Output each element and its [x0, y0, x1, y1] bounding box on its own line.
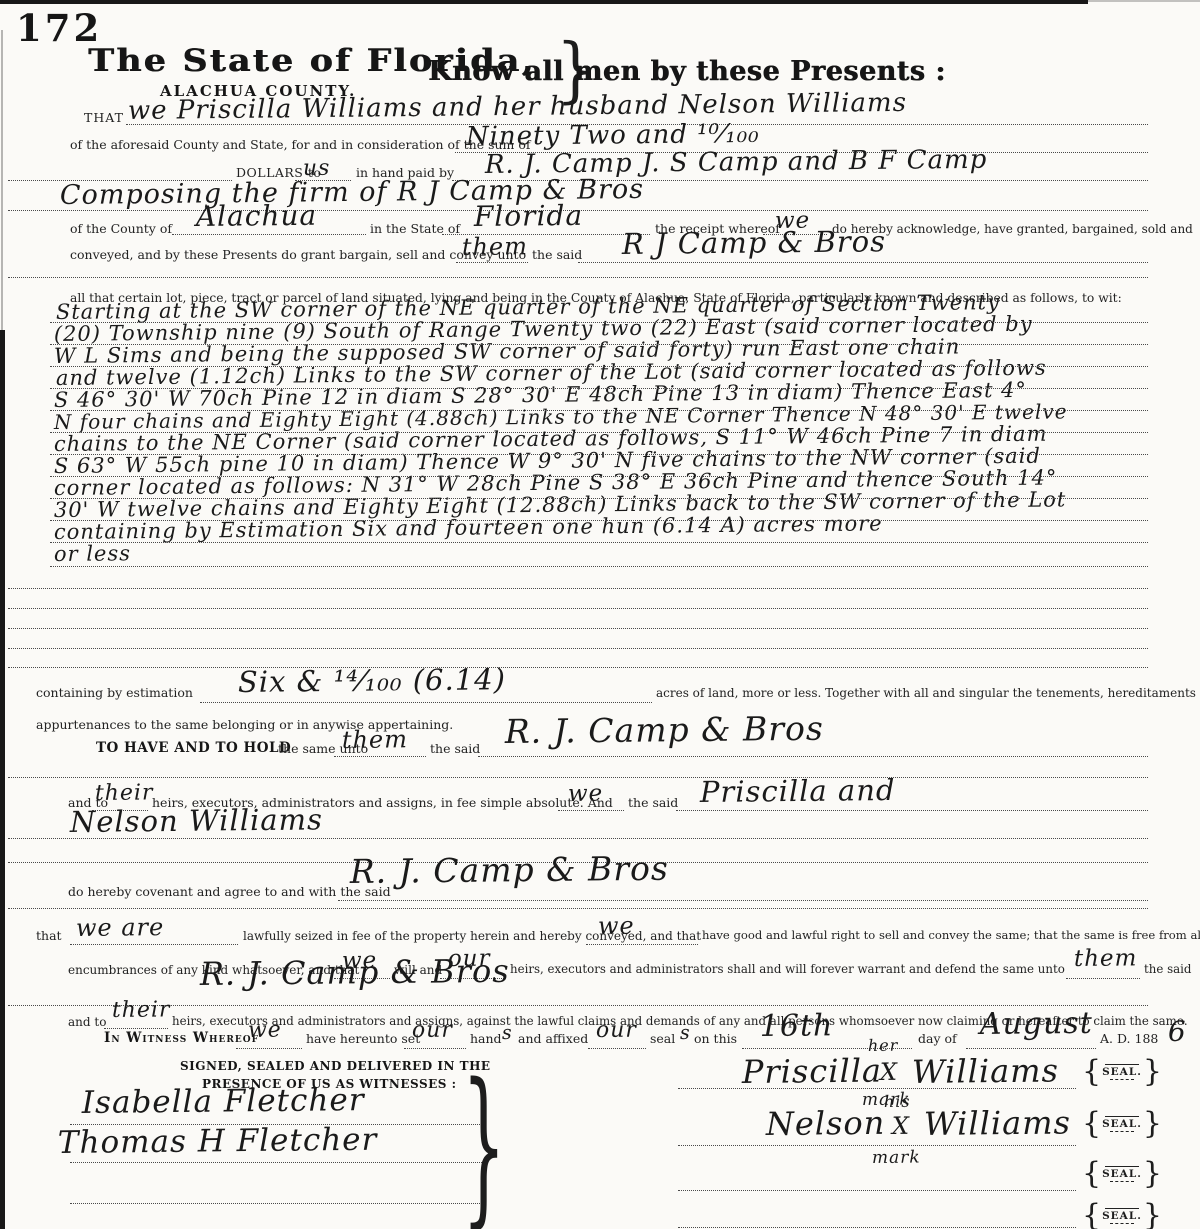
signature-mark-word-2: mark [872, 1149, 921, 1167]
dotted-line [50, 366, 1148, 367]
witness-signature-2: Thomas H Fletcher [58, 1125, 378, 1159]
dotted-line [8, 588, 1148, 589]
state-handwriting: Florida [474, 202, 583, 231]
containing-label: containing by estimation [36, 687, 193, 700]
dotted-line [966, 1048, 1096, 1049]
warrant-clause: heirs, executors and administrators shal… [510, 964, 1065, 976]
dotted-line [578, 262, 1148, 263]
dotted-line [404, 1048, 466, 1049]
seal-label: SEAL. [1102, 1118, 1142, 1130]
conveyed-clause: conveyed, and by these Presents do grant… [70, 249, 526, 262]
their-handwriting: their [95, 782, 154, 805]
signature-mark-his: his [884, 1094, 911, 1110]
dotted-line [50, 432, 1148, 433]
dotted-line [50, 520, 1148, 521]
dotted-line [8, 667, 1148, 668]
we-handwriting-2: we [568, 783, 604, 806]
seal-brace-right: } [1143, 1106, 1162, 1141]
ad-label: A. D. 188 [1100, 1033, 1158, 1046]
dotted-line [8, 1005, 1148, 1006]
dotted-line [678, 1227, 1076, 1228]
dotted-line [586, 944, 698, 945]
them-handwriting-3: them [1074, 947, 1138, 971]
seal-stamp: { SEAL. } [1082, 1156, 1162, 1191]
grantee-handwriting-2: R. J. Camp & Bros [505, 712, 824, 748]
dotted-line [50, 454, 1148, 455]
dotted-line [172, 234, 366, 235]
top-scan-edge-faint [1088, 0, 1200, 2]
dotted-line [104, 1028, 168, 1029]
dotted-line [456, 262, 528, 263]
dotted-line [558, 810, 624, 811]
day-of-label: day of [918, 1033, 957, 1046]
on-this-label: on this [694, 1033, 737, 1046]
day-handwriting: 16th [760, 1011, 834, 1042]
amount-handwriting: Ninety Two and ¹⁰⁄₁₀₀ [466, 121, 760, 150]
right-clause: have good and lawful right to sell and c… [702, 930, 1200, 942]
county-label: of the County of [70, 223, 172, 236]
seal-brace-right: } [1143, 1054, 1162, 1089]
we-handwriting-5: we [248, 1020, 282, 1042]
year-handwriting: 6 [1168, 1018, 1187, 1046]
dotted-line [50, 410, 1148, 411]
seal-stamp: { SEAL. } [1082, 1106, 1162, 1141]
grantors-handwriting-3: Nelson Williams [70, 805, 323, 837]
seal-word-label: seal [650, 1033, 675, 1046]
dotted-line [8, 608, 1148, 609]
dotted-line [50, 498, 1148, 499]
their-handwriting-2: their [112, 999, 171, 1022]
signature-williams-2: Williams [924, 1106, 1071, 1140]
dotted-line [50, 322, 1148, 323]
dotted-line [8, 838, 1148, 839]
dotted-line [70, 944, 238, 945]
we-are-handwriting: we are [76, 915, 165, 940]
dotted-line [338, 900, 1148, 901]
dotted-line [8, 908, 1148, 909]
the-said-label-2: the said [430, 743, 480, 756]
dotted-line [8, 777, 1148, 778]
dotted-line [678, 1145, 1076, 1146]
grantee-handwriting-3: R. J. Camp & Bros [350, 852, 669, 888]
payers-handwriting: R. J. Camp J. S Camp and B F Camp [485, 147, 988, 178]
dotted-line [8, 648, 1148, 649]
acreage-handwriting: Six & ¹⁴⁄₁₀₀ (6.14) [238, 665, 506, 697]
left-scan-edge [0, 330, 5, 1229]
the-said-label-4: the said [1144, 964, 1191, 976]
signed-sealed-line1: SIGNED, SEALED AND DELIVERED IN THE [180, 1060, 491, 1072]
dotted-line [676, 810, 1148, 811]
affixed-label: and affixed [518, 1033, 588, 1046]
description-line: or less [54, 543, 131, 565]
signature-mark-her: her [868, 1038, 899, 1054]
seal-brace-right: } [1143, 1198, 1162, 1229]
page-number: 172 [16, 10, 102, 47]
seal-brace-left: { [1082, 1054, 1101, 1089]
that-label-2: that [36, 930, 62, 943]
that-label: THAT [84, 112, 124, 125]
seal-label: SEAL. [1102, 1168, 1142, 1180]
witness-brace: } [462, 1062, 506, 1229]
dotted-line [478, 756, 1148, 757]
dotted-line [236, 1048, 302, 1049]
seal-stamp: { SEAL. } [1082, 1054, 1162, 1089]
dotted-line [8, 277, 1148, 278]
dotted-line [50, 388, 1148, 389]
seal-brace-left: { [1082, 1198, 1101, 1229]
seal-label: SEAL. [1102, 1210, 1142, 1222]
the-said-label: the said [532, 249, 582, 262]
deed-title: Know all men by these Presents : [428, 58, 946, 85]
dotted-line [8, 628, 1148, 629]
dotted-line [70, 1162, 482, 1163]
seal-stamp: { SEAL. } [1082, 1198, 1162, 1229]
and-to-label-2: and to [68, 1016, 106, 1028]
county-handwriting: Alachua [196, 202, 318, 231]
dotted-line [50, 344, 1148, 345]
seal-brace-right: } [1143, 1156, 1162, 1191]
our-handwriting-1: our [412, 1020, 453, 1042]
them-handwriting-2: them [342, 727, 408, 752]
acres-clause: acres of land, more or less. Together wi… [656, 687, 1200, 699]
s-handwriting-2: s [680, 1024, 691, 1043]
deed-record-page: 172 The State of Florida, } ALACHUA COUN… [0, 0, 1200, 1229]
dotted-line [50, 542, 1148, 543]
grantors-handwriting: we Priscilla Williams and her husband Ne… [128, 90, 907, 124]
grantors-handwriting-2: Priscilla and [700, 776, 896, 807]
grantee-handwriting: R J Camp & Bros [622, 227, 887, 259]
signature-mark-x-1: X [880, 1060, 898, 1084]
month-handwriting: August [980, 1009, 1093, 1040]
dotted-line [50, 566, 1148, 567]
signature-williams-1: Williams [912, 1054, 1059, 1088]
dotted-line [70, 1203, 482, 1204]
dotted-line [1066, 978, 1140, 979]
dotted-line [200, 702, 652, 703]
consideration-clause: of the aforesaid County and State, for a… [70, 139, 531, 152]
in-witness-label: In Witness Whereof [104, 1032, 259, 1046]
covenant-clause: do hereby covenant and agree to and with… [68, 886, 391, 899]
seal-brace-left: { [1082, 1106, 1101, 1141]
our-handwriting-2: our [596, 1020, 637, 1042]
dotted-line [588, 1048, 646, 1049]
signature-mark-x-2: X [892, 1114, 910, 1138]
dotted-line [50, 476, 1148, 477]
seal-brace-left: { [1082, 1156, 1101, 1191]
dotted-line [678, 1190, 1076, 1191]
left-scan-edge-faint [1, 30, 3, 330]
hand-label: hand [470, 1033, 502, 1046]
them-handwriting: them [462, 234, 528, 259]
signature-nelson: Nelson [766, 1107, 886, 1140]
top-scan-edge [0, 0, 1088, 4]
the-said-label-3: the said [628, 797, 678, 810]
dotted-line [678, 1088, 1076, 1089]
dotted-line [334, 756, 426, 757]
description-line: containing by Estimation Six and fourtee… [54, 513, 883, 543]
to-have-label: TO HAVE AND TO HOLD [96, 742, 291, 756]
seal-label: SEAL. [1102, 1066, 1142, 1078]
s-handwriting-1: s [502, 1024, 513, 1043]
set-label: have hereunto set [306, 1033, 420, 1046]
witness-signature-1: Isabella Fletcher [82, 1085, 365, 1119]
signature-priscilla: Priscilla [742, 1055, 883, 1088]
acknowledge-clause: do hereby acknowledge, have granted, bar… [832, 223, 1193, 235]
we-handwriting-3: we [598, 914, 635, 938]
grantee-handwriting-4: R. J. Camp & Bros [200, 955, 510, 990]
